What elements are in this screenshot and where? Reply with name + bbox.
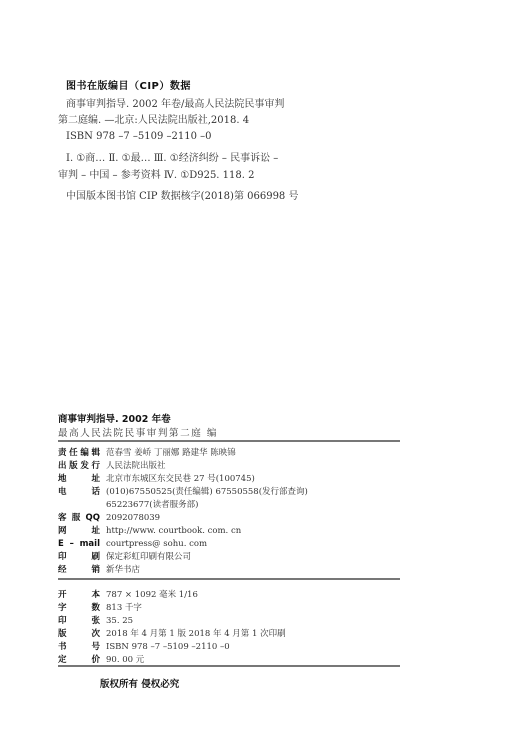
spec-value: 35. 25 xyxy=(106,616,133,627)
cip-line-publisher: 第二庭编. —北京:人民法院出版社,2018. 4 xyxy=(58,115,249,127)
info-row-editors: 责任编辑范春雪 姜峤 丁丽娜 路建华 陈映锦 xyxy=(58,448,236,459)
info-row-printer: 印刷保定彩虹印刷有限公司 xyxy=(58,552,191,563)
info-value: (010)67550525(责任编辑) 67550558(发行部查询) xyxy=(106,487,308,498)
spec-label: 书号 xyxy=(58,642,100,653)
cip-line-record-number: 中国版本图书馆 CIP 数据核字(2018)第 066998 号 xyxy=(66,191,298,203)
info-label: 客服QQ xyxy=(58,513,100,524)
info-label: 经销 xyxy=(58,565,100,576)
info-label: 网址 xyxy=(58,526,100,537)
info-label: E – mail xyxy=(58,539,100,550)
info-row-publisher: 出版发行人民法院出版社 xyxy=(58,461,166,472)
info-row-qq: 客服QQ2092078039 xyxy=(58,513,160,524)
info-label: 电话 xyxy=(58,487,100,498)
book-title: 商事审判指导. 2002 年卷 xyxy=(58,411,171,425)
spec-row-edition: 版次2018 年 4 月第 1 版 2018 年 4 月第 1 次印刷 xyxy=(58,629,286,640)
spec-value: 813 千字 xyxy=(106,603,142,614)
website-link[interactable]: http://www. courtbook. com. cn xyxy=(106,526,241,537)
info-value: 65223677(读者服务部) xyxy=(106,500,198,511)
info-label: 印刷 xyxy=(58,552,100,563)
info-label: 地址 xyxy=(58,474,100,485)
info-value: 2092078039 xyxy=(106,513,160,524)
spec-row-word-count: 字数813 千字 xyxy=(58,603,142,614)
divider-middle xyxy=(58,578,400,580)
spec-label: 印张 xyxy=(58,616,100,627)
info-label: 责任编辑 xyxy=(58,448,100,459)
copyright-page: 图书在版编目（CIP）数据 商事审判指导. 2002 年卷/最高人民法院民事审判… xyxy=(0,0,510,737)
info-row-website: 网址http://www. courtbook. com. cn xyxy=(58,526,241,537)
info-row-email: E – mailcourtpress@ sohu. com xyxy=(58,539,207,550)
spec-row-sheets: 印张35. 25 xyxy=(58,616,133,627)
cip-line-classification-1: Ⅰ. ①商… Ⅱ. ①最… Ⅲ. ①经济纠纷 – 民事诉讼 – xyxy=(66,153,278,165)
cip-heading: 图书在版编目（CIP）数据 xyxy=(66,77,191,92)
cip-line-isbn: ISBN 978 –7 –5109 –2110 –0 xyxy=(66,131,212,143)
copyright-notice: 版权所有 侵权必究 xyxy=(100,676,179,690)
divider-bottom xyxy=(58,665,400,667)
info-row-phone: 电话(010)67550525(责任编辑) 67550558(发行部查询) xyxy=(58,487,308,498)
spec-value: ISBN 978 –7 –5109 –2110 –0 xyxy=(106,642,230,653)
info-value: 保定彩虹印刷有限公司 xyxy=(106,552,191,563)
spec-row-isbn: 书号ISBN 978 –7 –5109 –2110 –0 xyxy=(58,642,230,653)
spec-label: 字数 xyxy=(58,603,100,614)
info-value: 范春雪 姜峤 丁丽娜 路建华 陈映锦 xyxy=(106,448,236,459)
info-value: 人民法院出版社 xyxy=(106,461,166,472)
cip-line-classification-2: 审判 – 中国 – 参考资料 Ⅳ. ①D925. 118. 2 xyxy=(58,170,254,182)
info-row-distributor: 经销新华书店 xyxy=(58,565,140,576)
spec-value: 787 × 1092 毫米 1/16 xyxy=(106,590,198,601)
spec-label: 开本 xyxy=(58,590,100,601)
spec-value: 2018 年 4 月第 1 版 2018 年 4 月第 1 次印刷 xyxy=(106,629,286,640)
spec-row-format: 开本787 × 1092 毫米 1/16 xyxy=(58,590,198,601)
cip-line-title: 商事审判指导. 2002 年卷/最高人民法院民事审判 xyxy=(66,99,284,111)
email-link[interactable]: courtpress@ sohu. com xyxy=(106,539,207,550)
info-value: 新华书店 xyxy=(106,565,140,576)
info-row-phone-2: 65223677(读者服务部) xyxy=(58,500,198,511)
info-row-address: 地址北京市东城区东交民巷 27 号(100745) xyxy=(58,474,255,485)
divider-top xyxy=(58,440,400,442)
spec-label: 版次 xyxy=(58,629,100,640)
info-value: 北京市东城区东交民巷 27 号(100745) xyxy=(106,474,255,485)
info-label: 出版发行 xyxy=(58,461,100,472)
book-editor: 最高人民法院民事审判第二庭 编 xyxy=(58,425,218,439)
